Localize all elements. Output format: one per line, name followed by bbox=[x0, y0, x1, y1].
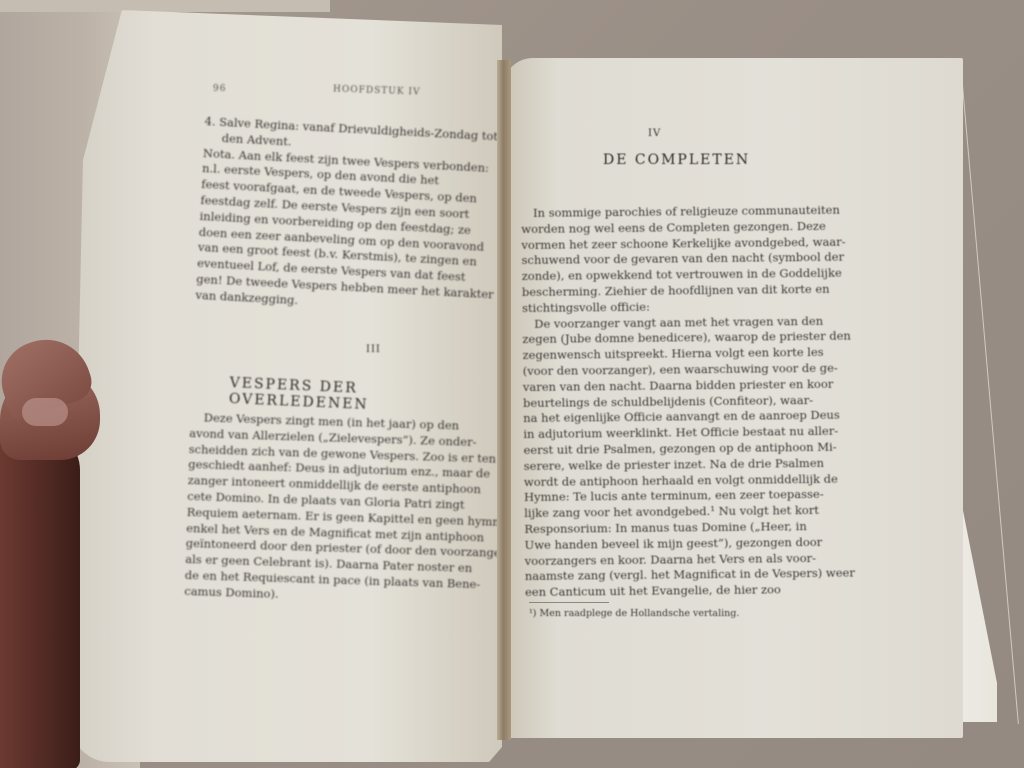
palm bbox=[0, 430, 80, 768]
left-top-paragraph: 4. Salve Regina: vanaf Drievuldigheids-Z… bbox=[195, 114, 502, 319]
left-page: 96 HOOFDSTUK IV 4. Salve Regina: vanaf D… bbox=[70, 10, 502, 762]
section-title: DE COMPLETEN bbox=[603, 152, 750, 168]
hand-holding-book bbox=[0, 340, 115, 768]
footnote: ¹) Men raadplege de Hollandsche vertalin… bbox=[529, 608, 739, 619]
left-section-paragraph: Deze Vespers zingt men (in het jaar) op … bbox=[184, 410, 513, 610]
right-page: IV DE COMPLETEN In sommige parochies of … bbox=[503, 58, 963, 738]
page-number: 96 bbox=[213, 84, 226, 94]
right-body-paragraph: In sommige parochies of religieuze commu… bbox=[521, 203, 855, 601]
background-paper-edge bbox=[0, 0, 330, 12]
book-spine bbox=[497, 60, 511, 740]
fingernail bbox=[22, 398, 68, 426]
section-number: IV bbox=[648, 128, 661, 139]
section-number: III bbox=[366, 344, 381, 355]
running-head: HOOFDSTUK IV bbox=[333, 84, 421, 97]
footnote-rule bbox=[529, 602, 609, 603]
